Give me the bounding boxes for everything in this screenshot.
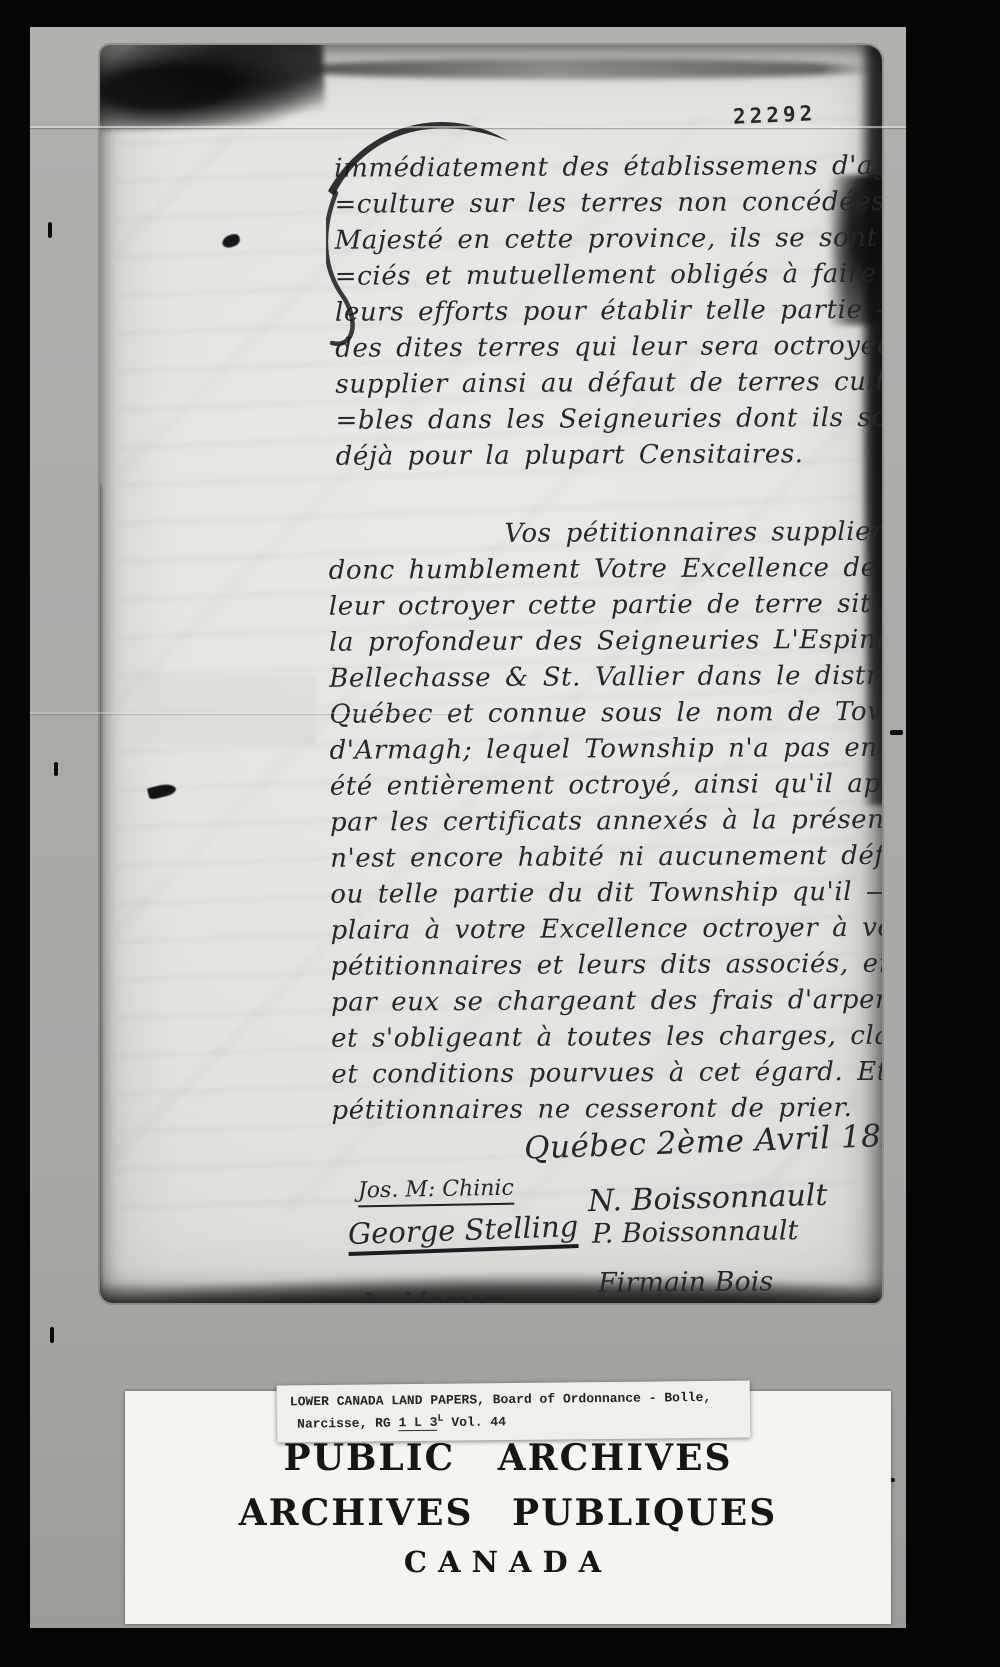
manuscript-line: plaira à votre Excellence octroyer à vos	[330, 909, 882, 948]
manuscript-line: par les certificats annexés à la présent…	[330, 801, 882, 840]
manuscript-line: n'est encore habité ni aucunement défric…	[330, 837, 882, 876]
signature: N. Boissonnault	[588, 1178, 828, 1219]
archives-stamp-line: ARCHIVES PUBLIQUES	[125, 1492, 891, 1534]
archival-reference-label: LOWER CANADA LAND PAPERS, Board of Ordon…	[277, 1381, 751, 1443]
film-crease	[30, 712, 460, 714]
signature: George Stelling	[347, 1209, 579, 1256]
document-paper: 22292 immédiatement des établissemens d'…	[100, 45, 882, 1303]
signature: Firmain Bois	[598, 1266, 773, 1299]
manuscript-line: Vos pétitionnaires supplient	[328, 513, 882, 552]
manuscript-line: Bellechasse & St. Vallier dans le distri…	[329, 657, 882, 696]
film-edge-mark	[48, 222, 52, 238]
manuscript-paragraph-2: Vos pétitionnaires supplient donc humble…	[328, 513, 882, 1128]
torn-top-edge	[280, 59, 880, 79]
manuscript-line: ou telle partie du dit Township qu'il —	[330, 873, 882, 912]
signature: Jos. M: Chinic	[358, 1176, 514, 1208]
manuscript-line: la profondeur des Seigneuries L'Espinay,…	[329, 621, 882, 660]
manuscript-line: =bles dans les Seigneuries dont ils sont	[335, 399, 882, 438]
film-edge-mark	[54, 762, 58, 776]
signature: P. Boissonnault	[592, 1215, 799, 1250]
film-edge-mark	[50, 1327, 54, 1343]
film-edge-mark	[890, 730, 903, 735]
manuscript-line: et conditions pourvues à cet égard. Et v…	[331, 1053, 882, 1092]
manuscript-line: déjà pour la plupart Censitaires.	[336, 435, 882, 474]
manuscript-line: d'Armagh; lequel Township n'a pas encore	[330, 729, 882, 768]
signature: Jn. Measam	[362, 1286, 505, 1303]
archives-stamp-line: PUBLIC ARCHIVES	[125, 1437, 891, 1479]
reference-label-line: Narcisse, RG 1 L 3L Vol. 44	[290, 1408, 742, 1435]
archives-stamp-line: CANADA	[125, 1545, 891, 1579]
pen-flourish	[326, 101, 516, 371]
page-number-stamp: 22292	[733, 101, 817, 129]
microfilm-frame: 22292 immédiatement des établissemens d'…	[0, 0, 1000, 1667]
manuscript-line: donc humblement Votre Excellence de	[329, 549, 882, 588]
manuscript-line: pétitionnaires et leurs dits associés, e…	[331, 945, 882, 984]
manuscript-line: leur octroyer cette partie de terre situ…	[329, 585, 882, 624]
manuscript-line: et s'obligeant à toutes les charges, cla…	[331, 1017, 882, 1056]
paper-left-edge-line	[100, 485, 103, 1303]
manuscript-line: été entièrement octroyé, ainsi qu'il app…	[330, 765, 882, 804]
film-crease	[30, 126, 906, 128]
manuscript-line: par eux se chargeant des frais d'arpenta…	[331, 981, 882, 1020]
